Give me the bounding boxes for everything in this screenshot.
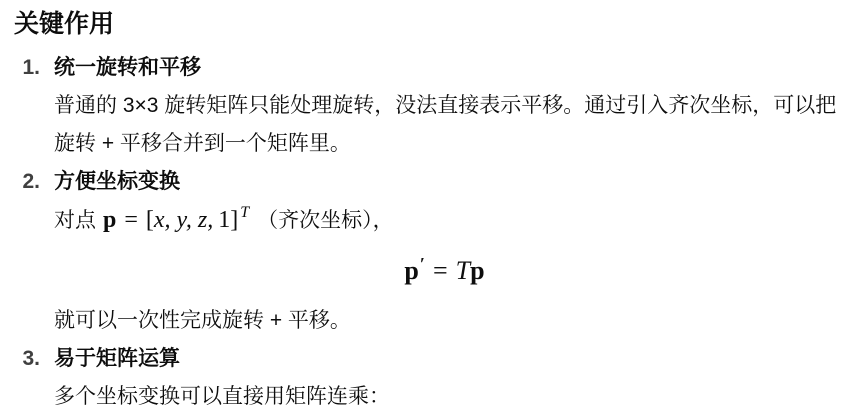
document-body: 关键作用 1. 统一旋转和平移 普通的 3×3 旋转矩阵只能处理旋转，没法直接表… [0,0,841,409]
inline-math-line: 对点p=[x, y, z,1]T（齐次坐标）， [54,201,835,242]
inline-math-prefix: 对点 [54,209,96,232]
list-item-unify-rotation-translation: 1. 统一旋转和平移 普通的 3×3 旋转矩阵只能处理旋转，没法直接表示平移。通… [14,49,835,163]
paragraph-line: 普通的 3×3 旋转矩阵只能处理旋转，没法直接表示平移。通过引入齐次坐标，可以把 [54,87,835,125]
formula-matrix-T: T [456,256,470,285]
list-item-easy-matrix-ops: 3. 易于矩阵运算 多个坐标变换可以直接用矩阵连乘： [14,340,835,409]
inline-math-expression: p=[x, y, z,1]T [103,207,249,233]
display-formula: p′=Tp [54,250,835,294]
item-title-1: 统一旋转和平移 [54,49,835,87]
paragraph-line: 旋转 + 平移合并到一个矩阵里。 [54,125,835,163]
display-formula-expression: p′=Tp [404,256,484,285]
list-item-content: 方便坐标变换 对点p=[x, y, z,1]T（齐次坐标）， p′=Tp 就可以… [54,163,835,340]
list-marker-2: 2. [14,163,40,201]
inline-math-suffix: （齐次坐标）， [257,209,394,232]
prime-mark: ′ [420,254,425,274]
ordered-list: 1. 统一旋转和平移 普通的 3×3 旋转矩阵只能处理旋转，没法直接表示平移。通… [14,49,835,409]
math-number-one: 1 [218,207,230,233]
list-marker-1: 1. [14,49,40,87]
paragraph-line: 就可以一次性完成旋转 + 平移。 [54,302,835,340]
formula-equals-sign: = [425,256,456,285]
item-title-3: 易于矩阵运算 [54,340,835,378]
math-close-bracket: ] [230,207,238,233]
math-variables-xyz: x, y, z, [154,207,213,233]
paragraph-line: 多个坐标变换可以直接用矩阵连乘： [54,378,835,409]
list-marker-3: 3. [14,340,40,378]
formula-bold-p-prime-base: p [404,256,418,285]
page-title: 关键作用 [14,8,835,40]
list-item-content: 统一旋转和平移 普通的 3×3 旋转矩阵只能处理旋转，没法直接表示平移。通过引入… [54,49,835,163]
list-item-convenient-transform: 2. 方便坐标变换 对点p=[x, y, z,1]T（齐次坐标）， p′=Tp … [14,163,835,340]
math-transpose-superscript: T [240,204,249,221]
math-open-bracket: [ [146,207,154,233]
math-equals-sign: = [116,207,146,233]
list-item-content: 易于矩阵运算 多个坐标变换可以直接用矩阵连乘： [54,340,835,409]
item-title-2: 方便坐标变换 [54,163,835,201]
formula-bold-p: p [470,256,484,285]
math-bold-p: p [103,207,116,233]
